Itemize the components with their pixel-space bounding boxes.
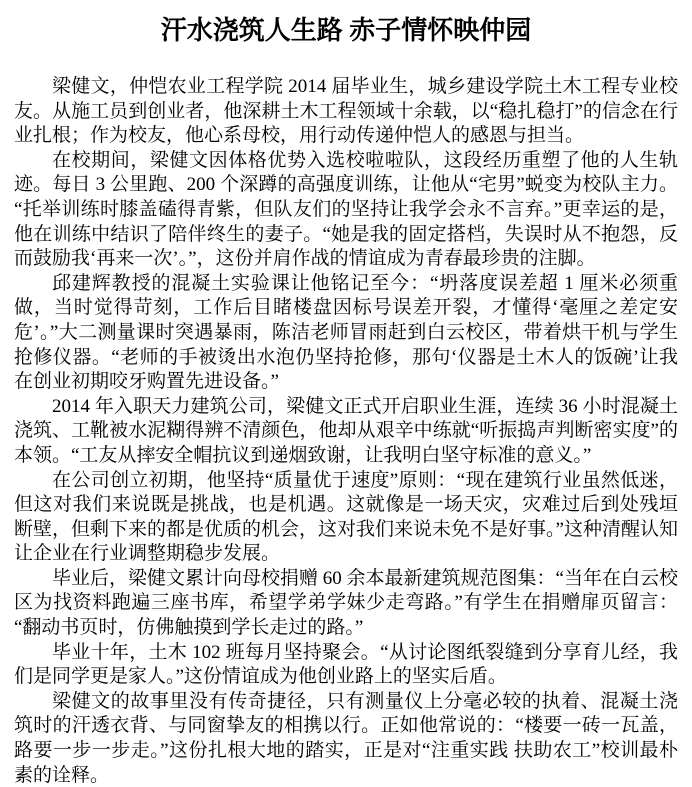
document-title: 汗水浇筑人生路 赤子情怀映仲园 <box>14 14 678 48</box>
paragraph-cheer-squad: 在校期间，梁健文因体格优势入选校啦啦队，这段经历重塑了他的人生轨迹。每日 3 公… <box>14 149 678 272</box>
paragraph-professors: 邱建辉教授的混凝土实验课让他铭记至今：“坍落度误差超 1 厘米必须重做，当时觉得… <box>14 272 678 395</box>
paragraph-donation: 毕业后，梁健文累计向母校捐赠 60 余本最新建筑规范图集：“当年在白云校区为找资… <box>14 567 678 641</box>
paragraph-company: 在公司创立初期，他坚持“质量优于速度”原则：“现在建筑行业虽然低迷，但这对我们来… <box>14 469 678 567</box>
paragraph-conclusion: 梁健文的故事里没有传奇捷径，只有测量仪上分毫必较的执着、混凝土浇筑时的汗透衣背、… <box>14 690 678 787</box>
paragraph-classmates: 毕业十年，土木 102 班每月坚持聚会。“从讨论图纸裂缝到分享育儿经，我们是同学… <box>14 641 678 690</box>
paragraph-intro: 梁健文，仲恺农业工程学院 2014 届毕业生，城乡建设学院土木工程专业校友。从施… <box>14 75 678 149</box>
paragraph-first-job: 2014 年入职天力建筑公司，梁健文正式开启职业生涯，连续 36 小时混凝土浇筑… <box>14 395 678 469</box>
document-body: 梁健文，仲恺农业工程学院 2014 届毕业生，城乡建设学院土木工程专业校友。从施… <box>14 75 678 787</box>
document-page: 汗水浇筑人生路 赤子情怀映仲园 梁健文，仲恺农业工程学院 2014 届毕业生，城… <box>0 0 692 787</box>
